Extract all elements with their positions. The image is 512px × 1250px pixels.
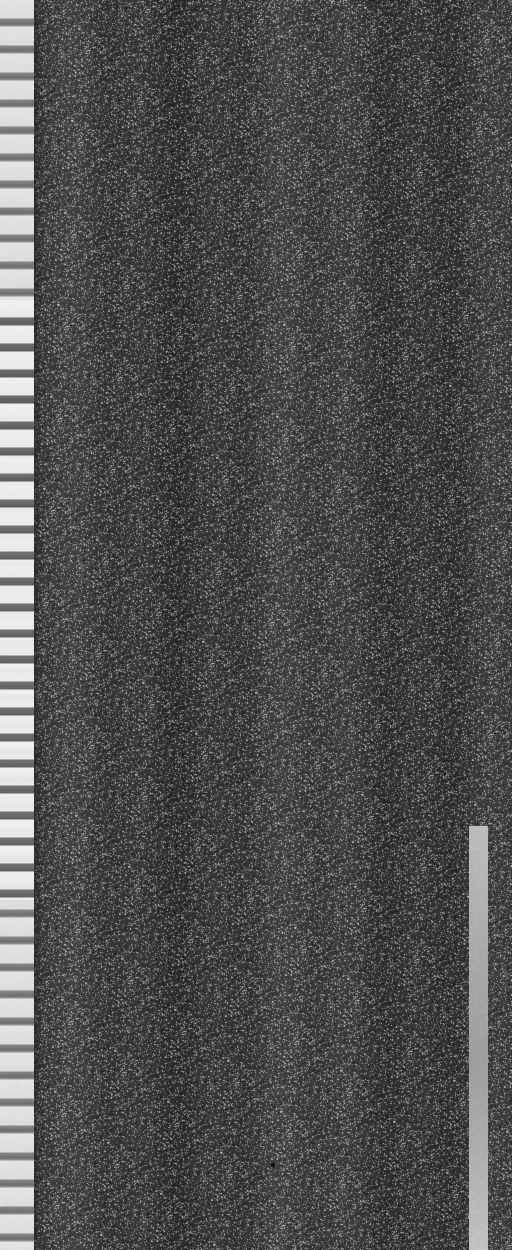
edge-shadow — [34, 0, 42, 1250]
debris-spot — [271, 1163, 275, 1167]
edge-stripe-marking-mid — [0, 300, 34, 900]
road-aerial-image: Top-down grayscale view of an asphalt ro… — [0, 0, 512, 1250]
lane-line-marking — [469, 826, 488, 1250]
asphalt-texture — [0, 0, 512, 1250]
